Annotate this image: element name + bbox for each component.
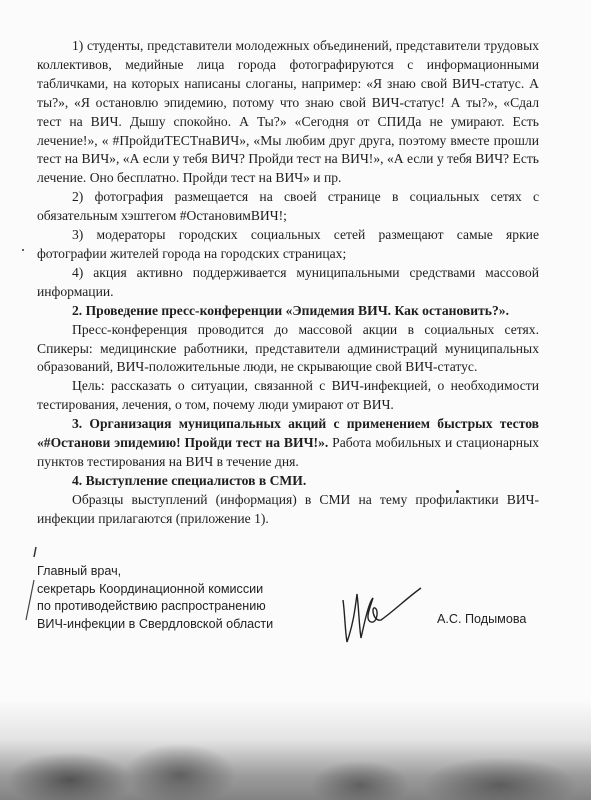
signer-title-line-1: Главный врач, <box>37 563 273 581</box>
list-item-2: 2) фотография размещается на своей стран… <box>37 188 539 226</box>
handwritten-signature-icon <box>335 580 425 650</box>
scan-smudge <box>0 700 591 800</box>
signer-name: А.С. Подымова <box>437 612 526 626</box>
list-item-4: 4) акция активно поддерживается муниципа… <box>37 264 539 302</box>
section-4-text: Образцы выступлений (информация) в СМИ н… <box>37 491 539 529</box>
section-3: 3. Организация муниципальных акций с при… <box>37 415 539 472</box>
list-item-1: 1) студенты, представители молодежных об… <box>37 37 539 188</box>
section-2-text: Пресс-конференция проводится до массовой… <box>37 321 539 378</box>
section-4-heading: 4. Выступление специалистов в СМИ. <box>37 472 539 491</box>
document-body: 1) студенты, представители молодежных об… <box>37 37 539 529</box>
section-2-heading: 2. Проведение пресс-конференции «Эпидеми… <box>37 302 539 321</box>
list-item-3: 3) модераторы городских социальных сетей… <box>37 226 539 264</box>
speck <box>456 490 459 493</box>
section-2-goal: Цель: рассказать о ситуации, связанной с… <box>37 377 539 415</box>
signature-block: Главный врач, секретарь Координационной … <box>37 563 273 633</box>
signer-title-line-3: по противодействию распространению <box>37 598 273 616</box>
signer-title-line-4: ВИЧ-инфекции в Свердловской области <box>37 616 273 634</box>
signer-title-line-2: секретарь Координационной комиссии <box>37 581 273 599</box>
speck <box>22 249 24 251</box>
